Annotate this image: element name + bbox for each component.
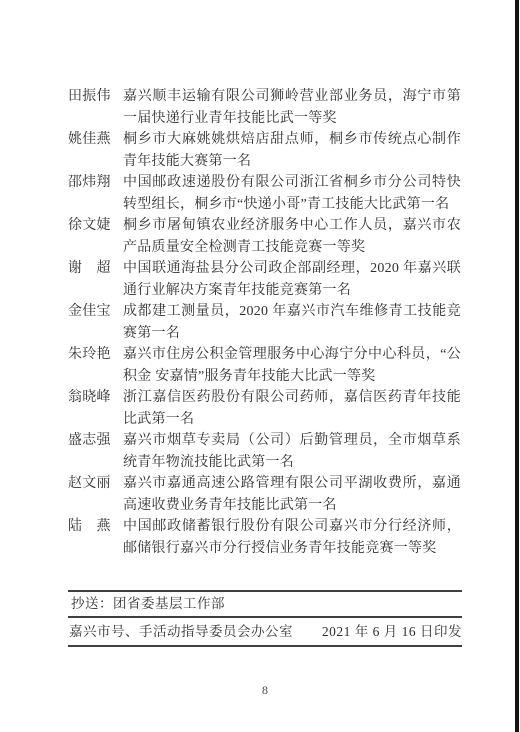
entry-name: 赵文丽 xyxy=(68,473,123,495)
print-date: 2021 年 6 月 16 日印发 xyxy=(322,623,462,640)
entry-row: 邵炜翔 中国邮政速递股份有限公司浙江省桐乡市分公司特快转型组长，桐乡市“快递小哥… xyxy=(68,172,462,215)
page-number: 8 xyxy=(68,683,462,698)
entry-desc: 桐乡市屠甸镇农业经济服务中心工作人员，嘉兴市农产品质量安全检测青工技能竞赛一等奖 xyxy=(123,215,461,258)
document-footer: 抄送：团省委基层工作部 嘉兴市号、手活动指导委员会办公室 2021 年 6 月 … xyxy=(68,590,462,698)
issuer-row: 嘉兴市号、手活动指导委员会办公室 2021 年 6 月 16 日印发 xyxy=(68,618,462,645)
entry-name: 金佳宝 xyxy=(68,301,123,323)
entry-desc: 桐乡市大麻姚姚烘焙店甜点师，桐乡市传统点心制作青年技能大赛第一名 xyxy=(123,129,461,172)
document-page: 田振伟 嘉兴顺丰运输有限公司狮岭营业部业务员，海宁市第一届快递行业青年技能比武一… xyxy=(0,0,520,732)
entry-desc: 中国邮政速递股份有限公司浙江省桐乡市分公司特快转型组长，桐乡市“快递小哥”青工技… xyxy=(123,172,461,215)
entry-desc: 中国联通海盐县分公司政企部副经理，2020 年嘉兴联通行业解决方案青年技能竞赛第… xyxy=(123,258,461,301)
entry-row: 金佳宝 成都建工测量员，2020 年嘉兴市汽车维修青工技能竞赛第一名 xyxy=(68,301,462,344)
entry-desc: 浙江嘉信医药股份有限公司药师，嘉信医药青年技能比武第一名 xyxy=(123,387,461,430)
entry-desc: 成都建工测量员，2020 年嘉兴市汽车维修青工技能竞赛第一名 xyxy=(123,301,461,344)
entry-row: 翁晓峰 浙江嘉信医药股份有限公司药师，嘉信医药青年技能比武第一名 xyxy=(68,387,462,430)
entry-desc: 嘉兴市烟草专卖局（公司）后勤管理员，全市烟草系统青年物流技能比武第一名 xyxy=(123,430,461,473)
entry-row: 田振伟 嘉兴顺丰运输有限公司狮岭营业部业务员，海宁市第一届快递行业青年技能比武一… xyxy=(68,86,462,129)
document-content: 田振伟 嘉兴顺丰运输有限公司狮岭营业部业务员，海宁市第一届快递行业青年技能比武一… xyxy=(68,86,462,698)
entry-name: 盛志强 xyxy=(68,430,123,452)
entry-name: 翁晓峰 xyxy=(68,387,123,409)
entry-row: 陆 燕 中国邮政储蓄银行股份有限公司嘉兴市分行经济师，邮储银行嘉兴市分行授信业务… xyxy=(68,516,462,559)
entry-name: 陆 燕 xyxy=(68,516,123,538)
entry-name: 谢 超 xyxy=(68,258,123,280)
separator-rule-bottom xyxy=(68,645,462,647)
entry-desc: 嘉兴顺丰运输有限公司狮岭营业部业务员，海宁市第一届快递行业青年技能比武一等奖 xyxy=(123,86,461,129)
issuer-office: 嘉兴市号、手活动指导委员会办公室 xyxy=(69,623,293,640)
entry-name: 朱玲艳 xyxy=(68,344,123,366)
entry-desc: 中国邮政储蓄银行股份有限公司嘉兴市分行经济师，邮储银行嘉兴市分行授信业务青年技能… xyxy=(123,516,461,559)
entry-list: 田振伟 嘉兴顺丰运输有限公司狮岭营业部业务员，海宁市第一届快递行业青年技能比武一… xyxy=(68,86,462,559)
entry-row: 谢 超 中国联通海盐县分公司政企部副经理，2020 年嘉兴联通行业解决方案青年技… xyxy=(68,258,462,301)
entry-desc: 嘉兴市住房公积金管理服务中心海宁分中心科员，“公积金 安嘉情”服务青年技能大比武… xyxy=(123,344,461,387)
entry-row: 盛志强 嘉兴市烟草专卖局（公司）后勤管理员，全市烟草系统青年物流技能比武第一名 xyxy=(68,430,462,473)
entry-row: 朱玲艳 嘉兴市住房公积金管理服务中心海宁分中心科员，“公积金 安嘉情”服务青年技… xyxy=(68,344,462,387)
scan-edge-line xyxy=(515,0,519,732)
entry-row: 姚佳燕 桐乡市大麻姚姚烘焙店甜点师，桐乡市传统点心制作青年技能大赛第一名 xyxy=(68,129,462,172)
entry-name: 徐文婕 xyxy=(68,215,123,237)
entry-desc: 嘉兴市嘉通高速公路管理有限公司平湖收费所，嘉通高速收费业务青年技能比武第一名 xyxy=(123,473,461,516)
entry-name: 田振伟 xyxy=(68,86,123,108)
entry-name: 姚佳燕 xyxy=(68,129,123,151)
entry-row: 徐文婕 桐乡市屠甸镇农业经济服务中心工作人员，嘉兴市农产品质量安全检测青工技能竞… xyxy=(68,215,462,258)
cc-line: 抄送：团省委基层工作部 xyxy=(68,592,462,616)
entry-row: 赵文丽 嘉兴市嘉通高速公路管理有限公司平湖收费所，嘉通高速收费业务青年技能比武第… xyxy=(68,473,462,516)
entry-name: 邵炜翔 xyxy=(68,172,123,194)
